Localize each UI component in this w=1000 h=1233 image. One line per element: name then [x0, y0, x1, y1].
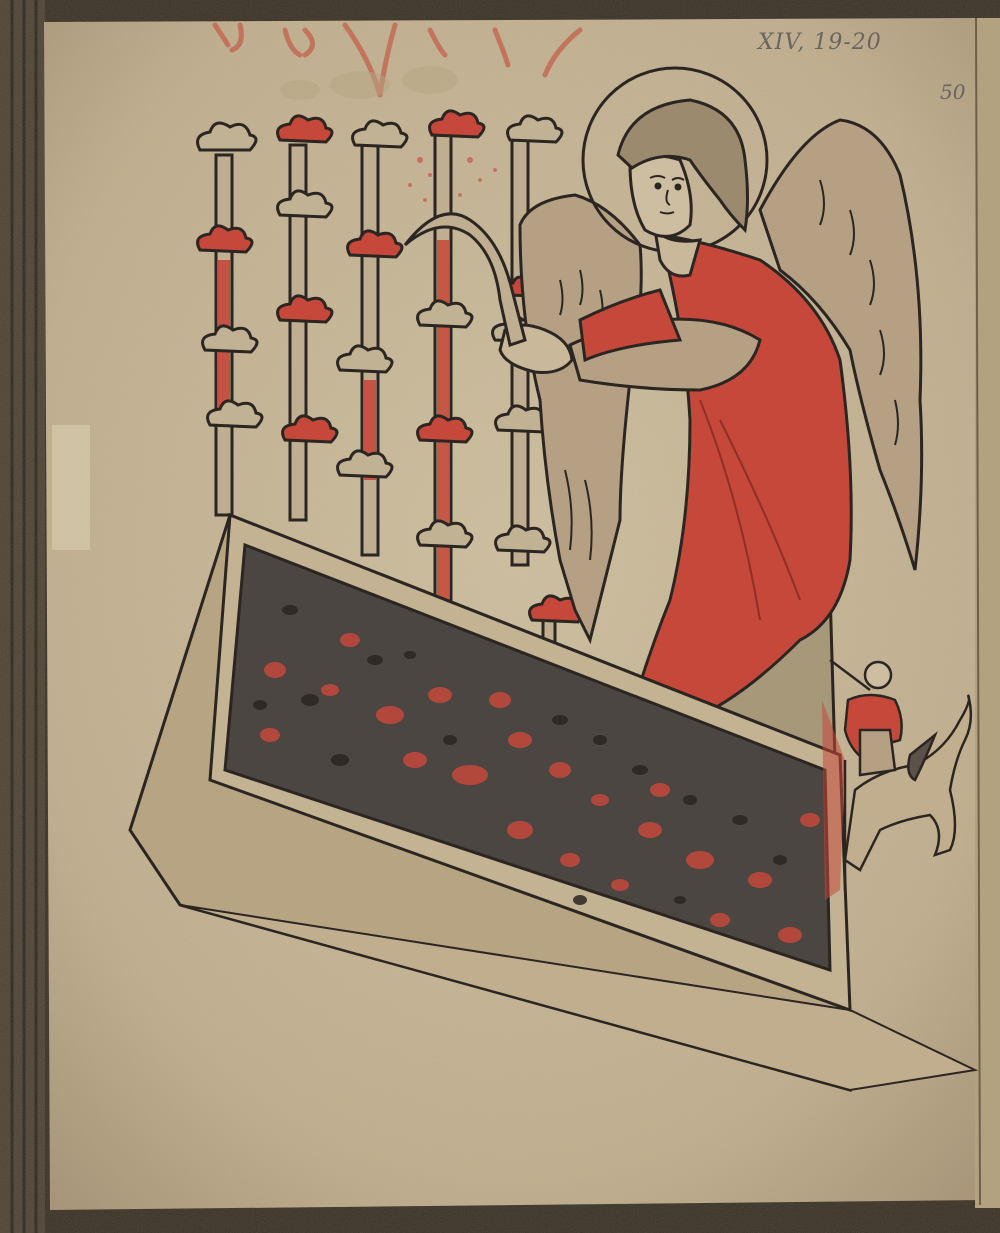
manuscript-page: XIV, 19-20 50: [0, 0, 1000, 1233]
folio-number: 50: [940, 80, 965, 104]
illumination-scene: [0, 0, 1000, 1233]
rider-body: [860, 730, 895, 775]
reference-annotation: XIV, 19-20: [758, 30, 882, 55]
paper-patch: [52, 425, 90, 550]
rider-head: [865, 662, 891, 688]
